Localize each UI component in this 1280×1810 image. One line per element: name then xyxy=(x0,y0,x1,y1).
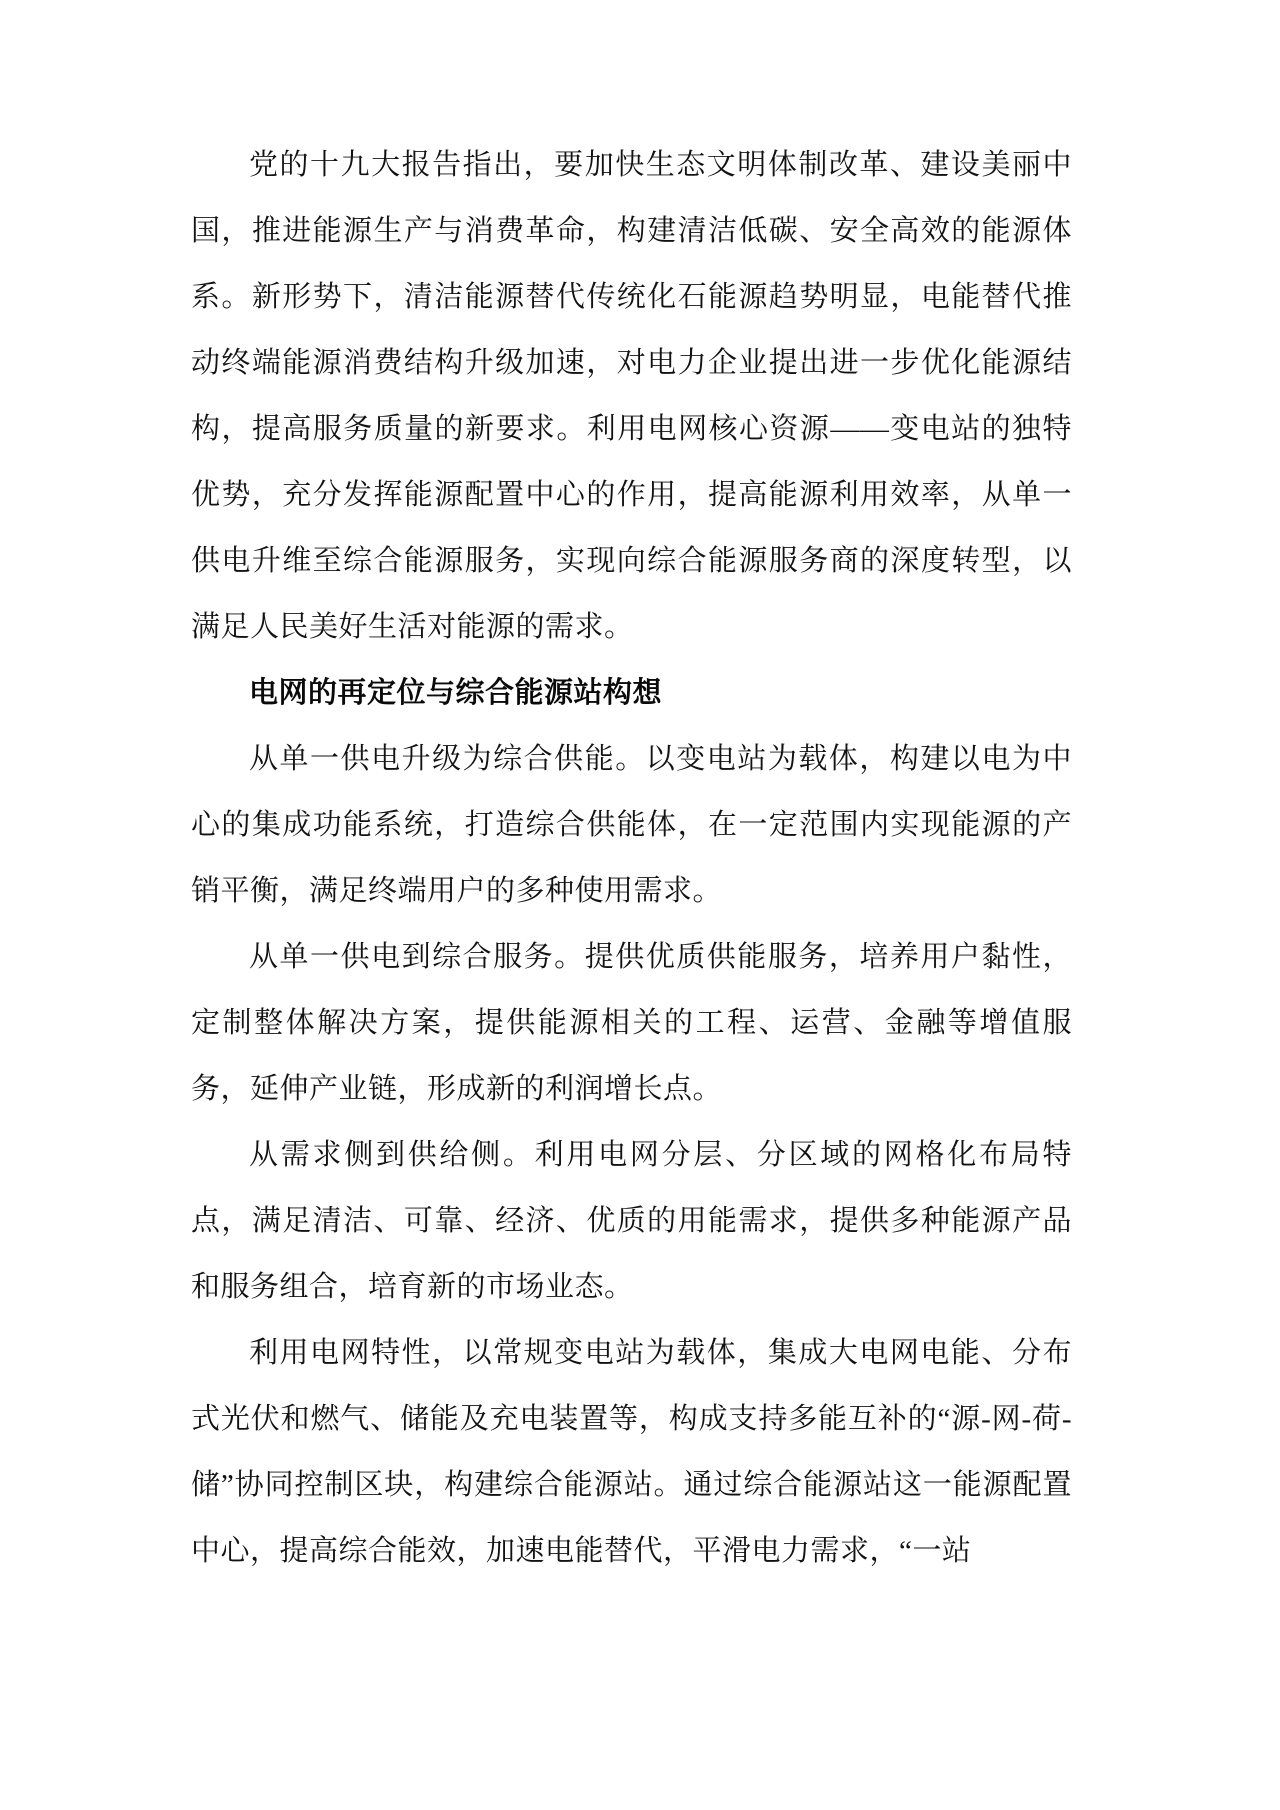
paragraph-integrated-services: 从单一供电到综合服务。提供优质供能服务，培养用户黏性，定制整体解决方案，提供能源… xyxy=(191,924,1072,1122)
document-page: 党的十九大报告指出，要加快生态文明体制改革、建设美丽中国，推进能源生产与消费革命… xyxy=(0,0,1280,1810)
paragraph-grid-characteristics: 利用电网特性，以常规变电站为载体，集成大电网电能、分布式光伏和燃气、储能及充电装… xyxy=(191,1320,1072,1584)
paragraph-integrated-energy-supply: 从单一供电升级为综合供能。以变电站为载体，构建以电为中心的集成功能系统，打造综合… xyxy=(191,726,1072,924)
section-heading-grid-repositioning: 电网的再定位与综合能源站构想 xyxy=(191,660,1072,726)
paragraph-intro: 党的十九大报告指出，要加快生态文明体制改革、建设美丽中国，推进能源生产与消费革命… xyxy=(191,132,1072,660)
document-content: 党的十九大报告指出，要加快生态文明体制改革、建设美丽中国，推进能源生产与消费革命… xyxy=(191,132,1072,1584)
paragraph-demand-to-supply-side: 从需求侧到供给侧。利用电网分层、分区域的网格化布局特点，满足清洁、可靠、经济、优… xyxy=(191,1122,1072,1320)
